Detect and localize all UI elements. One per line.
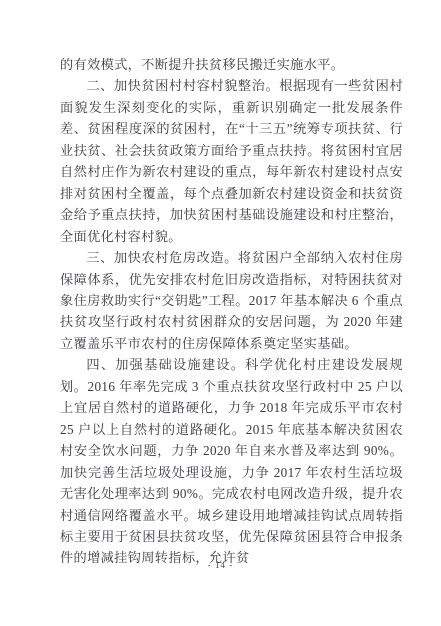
document-body: 的有效模式，不断提升扶贫移民搬迁实施水平。 二、加快贫困村村容村貌整治。根据现有… [60, 54, 403, 569]
document-page: 的有效模式，不断提升扶贫移民搬迁实施水平。 二、加快贫困村村容村貌整治。根据现有… [0, 0, 441, 626]
paragraph-section-2: 二、加快贫困村村容村貌整治。根据现有一些贫困村面貌发生深刻变化的实际，重新识别确… [60, 75, 403, 247]
paragraph-continuation: 的有效模式，不断提升扶贫移民搬迁实施水平。 [60, 54, 403, 75]
paragraph-section-3: 三、加快农村危房改造。将贫困户全部纳入农村住房保障体系，优先安排农村危旧房改造指… [60, 247, 403, 354]
paragraph-section-4: 四、加强基础设施建设。科学优化村庄建设发展规划。2016 年率先完成 3 个重点… [60, 354, 403, 569]
page-number: - 14 - [0, 560, 441, 570]
